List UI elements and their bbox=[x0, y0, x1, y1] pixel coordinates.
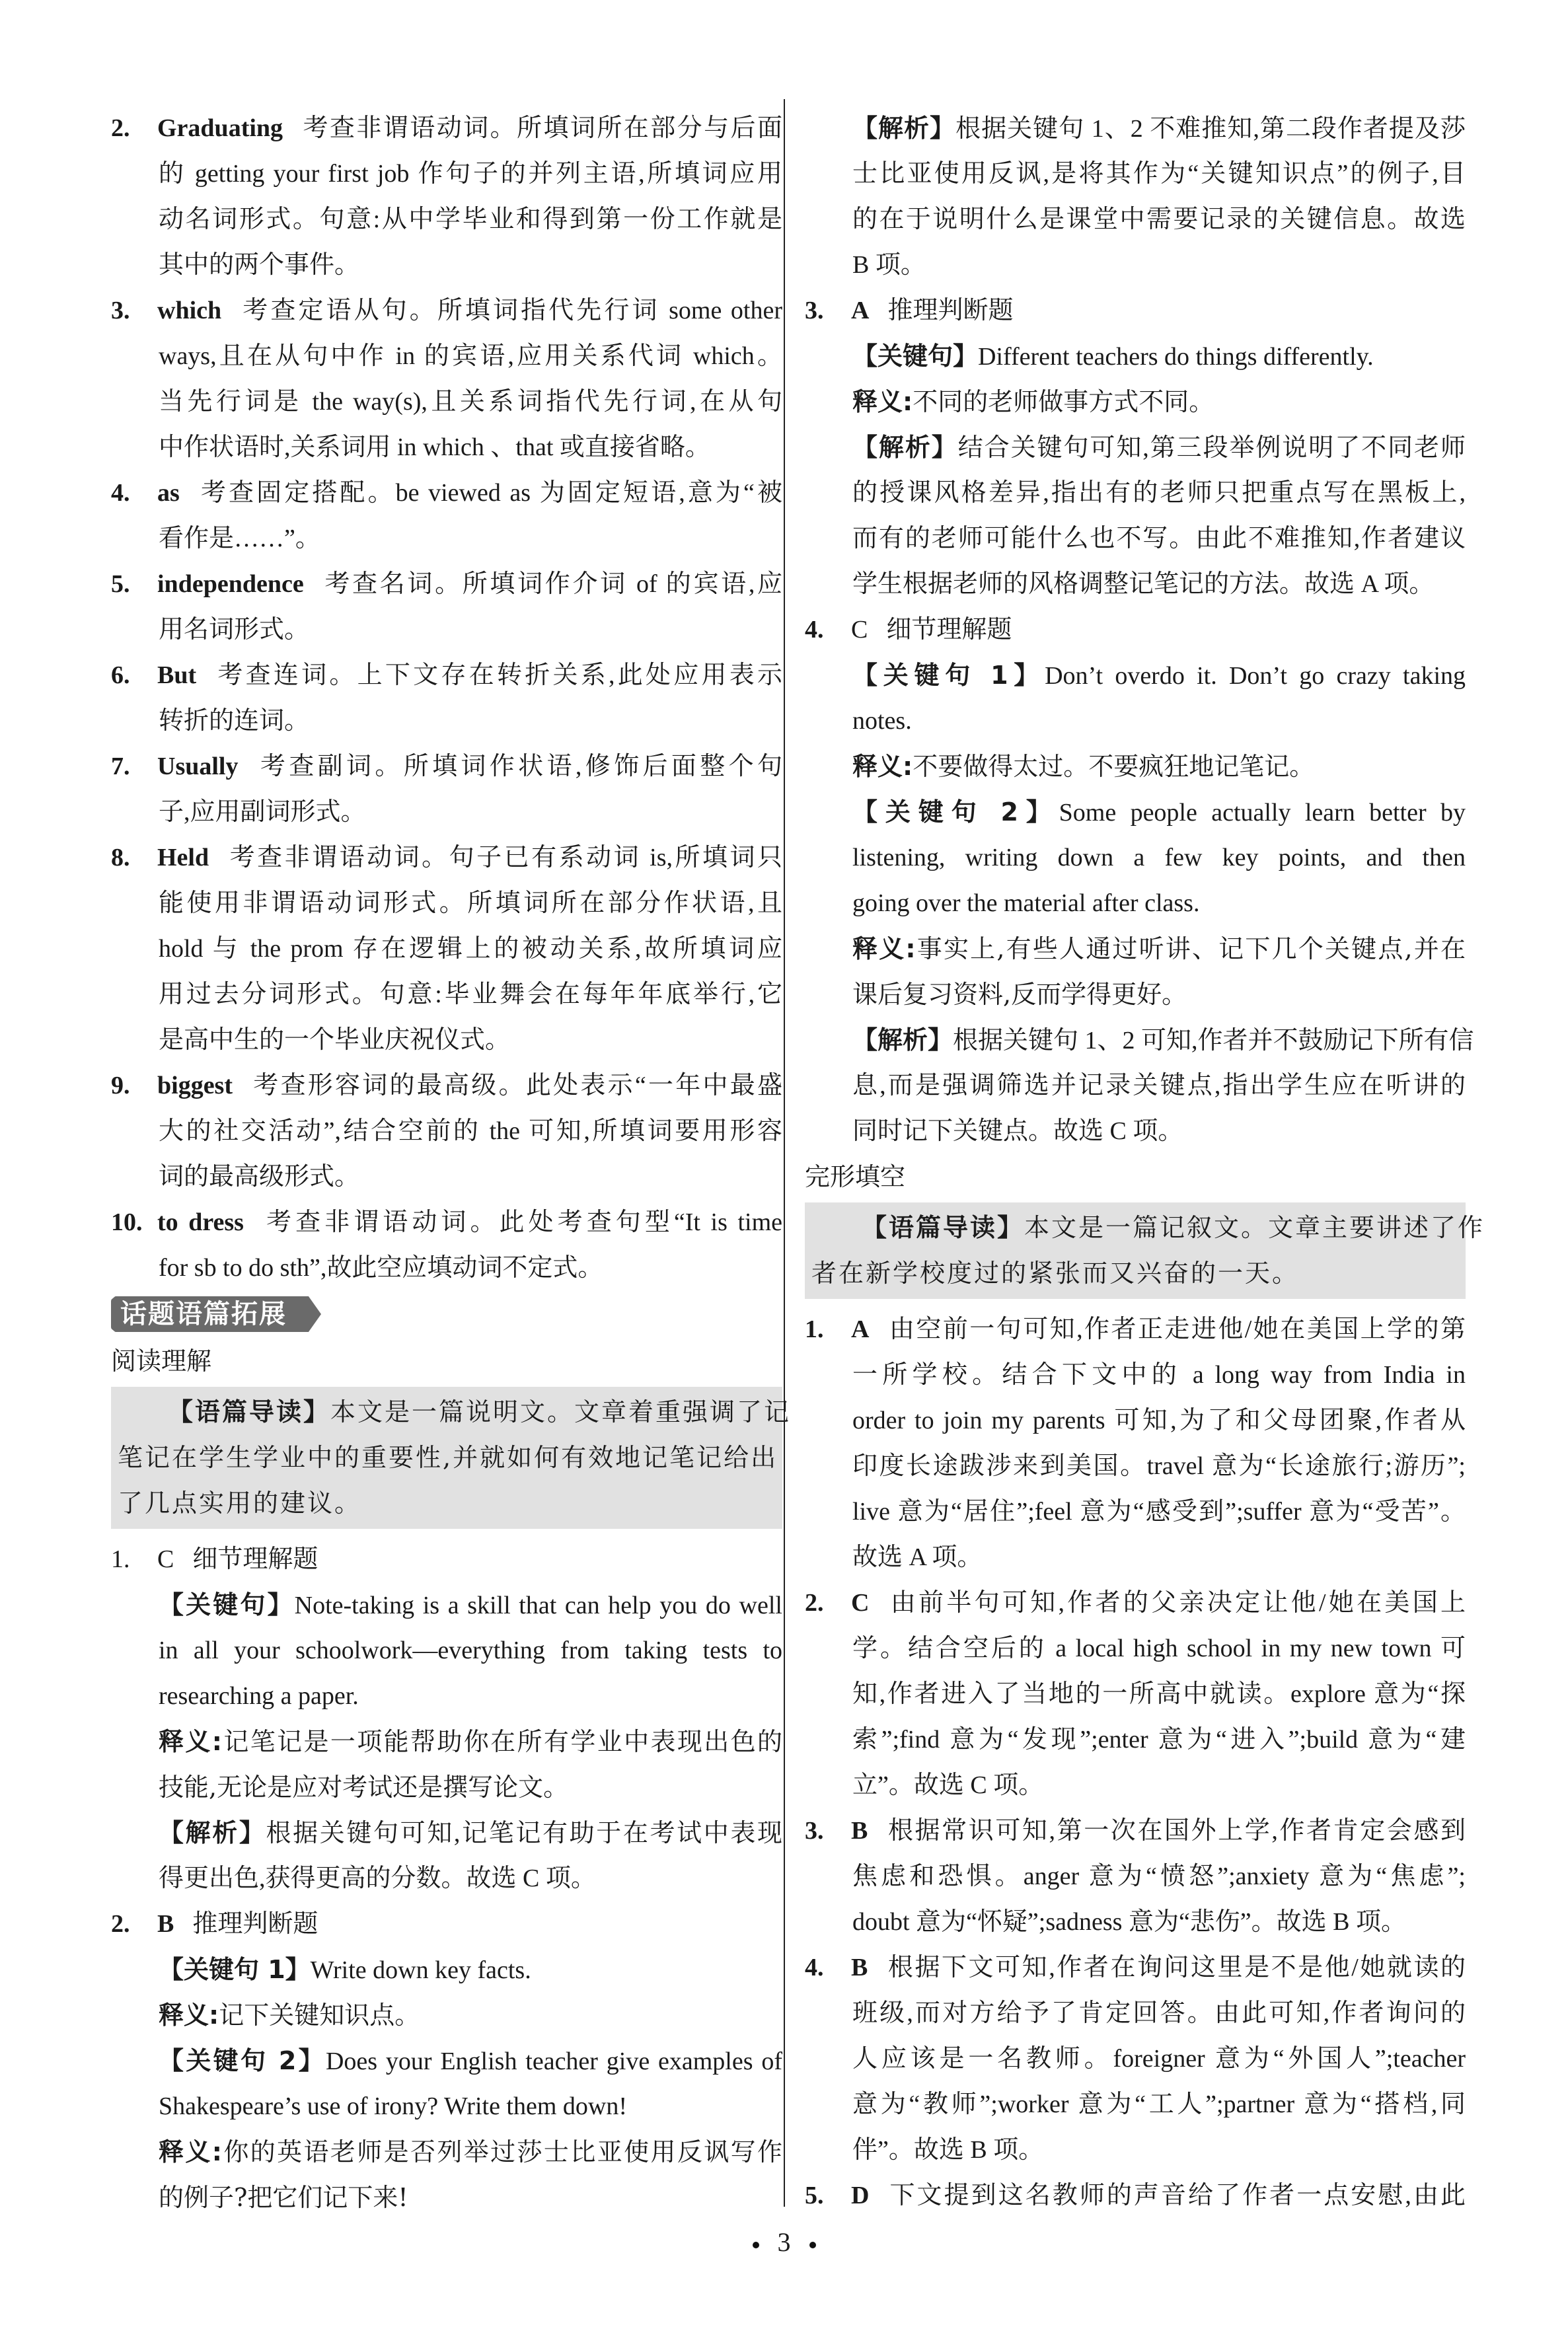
section-banner-label: 话题语篇拓展 bbox=[111, 1296, 321, 1332]
answer: Usually bbox=[157, 753, 238, 780]
answer: Graduating bbox=[157, 114, 283, 142]
grammar-item-3: 3.which考查定语从句。所填词指代先行词 some other ways,且… bbox=[111, 288, 782, 470]
cloze-item-3: 3.B根据常识可知,第一次在国外上学,作者肯定会感到 焦虑和恐惧。anger 意… bbox=[805, 1808, 1466, 1945]
answer: independence bbox=[157, 570, 304, 598]
reading-question-1: 1.C细节理解题 【关键句】Note-taking is a skill tha… bbox=[111, 1537, 782, 1901]
question-type: 细节理解题 bbox=[192, 1545, 318, 1573]
bullet-icon bbox=[809, 2242, 816, 2248]
reading-guide-box: 【语篇导读】本文是一篇说明文。文章着重强调了记 笔记在学生学业中的重要性,并就如… bbox=[111, 1387, 782, 1529]
bullet-icon bbox=[753, 2242, 759, 2248]
column-divider bbox=[784, 99, 785, 2207]
answer: Held bbox=[157, 844, 209, 871]
grammar-item-4: 4.as考查固定搭配。be viewed as 为固定短语,意为“被 看作是……… bbox=[111, 470, 782, 562]
reading-question-3: 3.A推理判断题 【关键句】Different teachers do thin… bbox=[805, 288, 1466, 607]
grammar-item-6: 6.But考查连词。上下文存在转折关系,此处应用表示 转折的连词。 bbox=[111, 653, 782, 744]
page-footer: 3 bbox=[0, 2227, 1568, 2258]
answer: which bbox=[157, 297, 221, 324]
cloze-heading: 完形填空 bbox=[805, 1154, 1466, 1200]
reading-heading: 阅读理解 bbox=[111, 1339, 782, 1384]
grammar-item-10: 10.to dress考查非谓语动词。此处考查句型“It is time for… bbox=[111, 1200, 782, 1291]
grammar-item-5: 5.independence考查名词。所填词作介词 of 的宾语,应 用名词形式… bbox=[111, 562, 782, 653]
grammar-item-8: 8.Held考查非谓语动词。句子已有系动词 is,所填词只 能使用非谓语动词形式… bbox=[111, 835, 782, 1063]
cloze-item-5: 5.D下文提到这名教师的声音给了作者一点安慰,由此 bbox=[805, 2173, 1466, 2219]
answer: to dress bbox=[157, 1208, 244, 1236]
left-column: 2.Graduating考查非谓语动词。所填词所在部分与后面 的 getting… bbox=[111, 106, 782, 2221]
guide-label: 【语篇导读】 bbox=[168, 1397, 330, 1426]
cloze-item-1: 1.A由空前一句可知,作者正走进他/她在美国上学的第 一所学校。结合下文中的 a… bbox=[805, 1307, 1466, 1580]
reading-question-4: 4.C细节理解题 【关键句 1】Don’t overdo it. Don’t g… bbox=[805, 607, 1466, 1154]
section-banner: 话题语篇拓展 bbox=[111, 1296, 321, 1332]
cloze-item-4: 4.B根据下文可知,作者在询问这里是不是他/她就读的 班级,而对方给予了肯定回答… bbox=[805, 1945, 1466, 2173]
answer: as bbox=[157, 479, 180, 507]
reading-question-2: 2.B推理判断题 【关键句 1】Write down key facts. 释义… bbox=[111, 1901, 782, 2221]
answer: But bbox=[157, 661, 196, 689]
grammar-item-9: 9.biggest考查形容词的最高级。此处表示“一年中最盛 大的社交活动”,结合… bbox=[111, 1063, 782, 1200]
question-type: 推理判断题 bbox=[887, 297, 1013, 324]
answer: biggest bbox=[157, 1072, 233, 1099]
reading-question-2-analysis: 【解析】根据关键句 1、2 不难推知,第二段作者提及莎 士比亚使用反讽,是将其作… bbox=[805, 106, 1466, 288]
guide-label: 【语篇导读】 bbox=[862, 1213, 1024, 1242]
question-type: 推理判断题 bbox=[192, 1910, 318, 1938]
right-column: 【解析】根据关键句 1、2 不难推知,第二段作者提及莎 士比亚使用反讽,是将其作… bbox=[805, 106, 1466, 2219]
grammar-item-2: 2.Graduating考查非谓语动词。所填词所在部分与后面 的 getting… bbox=[111, 106, 782, 288]
page-number: 3 bbox=[778, 2227, 791, 2257]
cloze-guide-box: 【语篇导读】本文是一篇记叙文。文章主要讲述了作 者在新学校度过的紧张而又兴奋的一… bbox=[805, 1202, 1466, 1299]
cloze-item-2: 2.C由前半句可知,作者的父亲决定让他/她在美国上 学。结合空后的 a loca… bbox=[805, 1580, 1466, 1808]
question-type: 细节理解题 bbox=[886, 616, 1012, 644]
grammar-item-7: 7.Usually考查副词。所填词作状语,修饰后面整个句 子,应用副词形式。 bbox=[111, 744, 782, 835]
